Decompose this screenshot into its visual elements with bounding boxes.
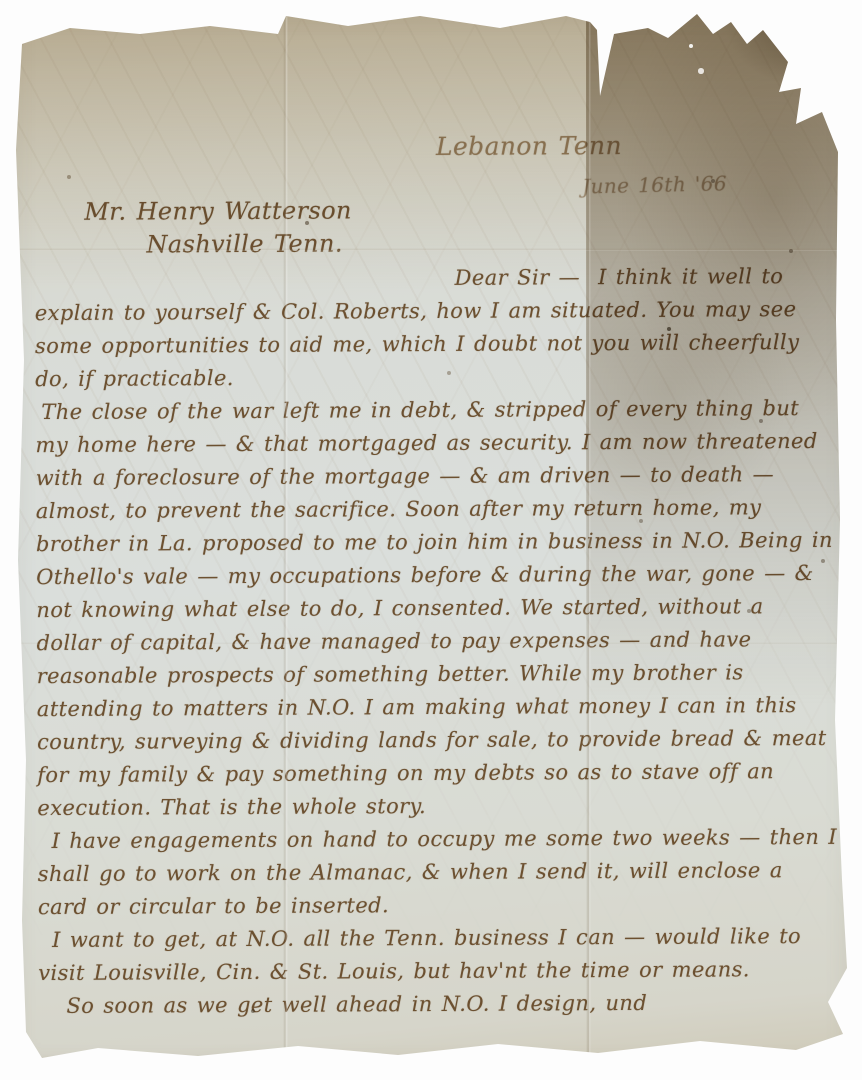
paragraph-1-text: I think it well to explain to yourself &…	[35, 264, 800, 391]
place-line: Lebanon Tenn	[436, 131, 622, 161]
foxing-specks	[0, 0, 2, 2]
salutation: Dear Sir —	[455, 265, 580, 290]
horizontal-crease-lower	[0, 642, 862, 645]
letter-page: Lebanon Tenn June 16th '66 Mr. Henry Wat…	[0, 0, 862, 1080]
recipient-city: Nashville Tenn.	[146, 229, 352, 258]
recipient-name: Mr. Henry Watterson	[84, 196, 352, 225]
date-line: June 16th '66	[582, 171, 727, 198]
bottom-right-crease	[830, 954, 862, 1073]
ink-bleedthrough-texture	[0, 0, 862, 1080]
top-edge-stain	[0, 0, 862, 290]
letter-text: Lebanon Tenn June 16th '66 Mr. Henry Wat…	[0, 0, 862, 1080]
vertical-fold-crease-right	[586, 0, 591, 1080]
bottom-edge-discoloration	[0, 1054, 862, 1080]
horizontal-crease-upper	[0, 248, 862, 251]
vertical-fold-crease-left	[283, 0, 288, 1080]
recipient-block: Mr. Henry Watterson Nashville Tenn.	[84, 196, 352, 258]
paragraph-3: I have engagements on hand to occupy me …	[37, 821, 838, 924]
paragraph-5: So soon as we get well ahead in N.O. I d…	[38, 986, 838, 1023]
letter-body: Dear Sir — I think it well to explain to…	[35, 260, 839, 1023]
edge-vignette	[0, 0, 862, 1080]
paragraph-2: The close of the war left me in debt, & …	[35, 392, 837, 825]
right-panel-stain	[586, 0, 862, 705]
paragraph-4: I want to get, at N.O. all the Tenn. bus…	[38, 920, 838, 990]
paragraph-1: Dear Sir — I think it well to explain to…	[35, 260, 836, 396]
